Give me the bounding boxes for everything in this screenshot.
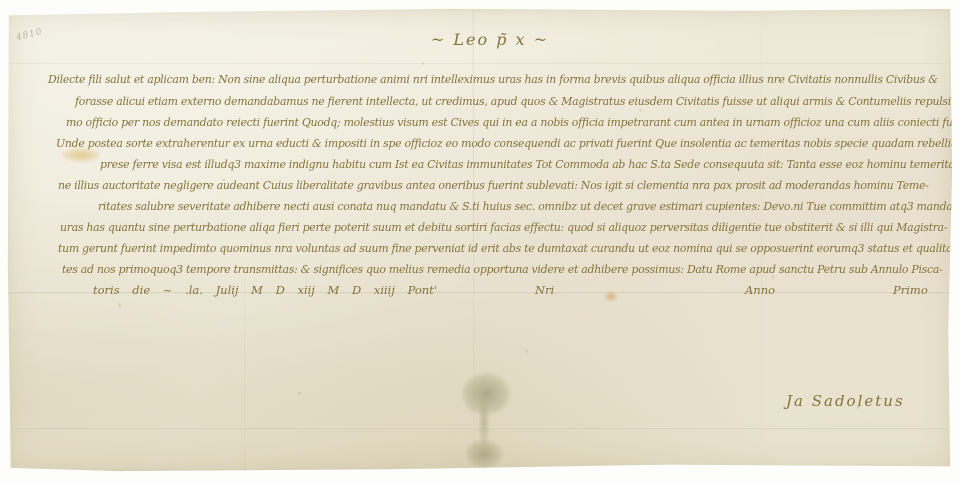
- text-line-7: ritates salubre severitate adhibere nect…: [98, 199, 953, 213]
- pencil-inventory-number: 4810: [15, 27, 44, 43]
- horizontal-fold-crease: [6, 62, 953, 64]
- dateline-row: toris die ~ .la. Julij M D xiij M D xiii…: [6, 283, 953, 301]
- ink-stain: [422, 338, 552, 472]
- text-line-4: Unde postea sorte extraherentur ex urna …: [56, 136, 953, 150]
- text-line-3: mo officio per nos demandato reiecti fue…: [66, 115, 953, 129]
- text-line-5: prese ferre visa est illudq3 maxime indi…: [100, 157, 953, 171]
- document-heading: ~ Leo p̃ x ~: [380, 30, 600, 49]
- yellow-stain: [62, 148, 100, 162]
- manuscript-photo: 4810 ~ Leo p̃ x ~ Dilecte fili salut et …: [0, 0, 960, 483]
- secretary-signature: Ja Sadoletus: [786, 392, 905, 410]
- vertical-fold-crease: [243, 278, 245, 472]
- dateline-primo: Primo: [893, 283, 928, 297]
- text-line-8: uras has quantu sine perturbatione aliqa…: [60, 220, 947, 234]
- dateline-date: toris die ~ .la. Julij M D xiij M D xiii…: [93, 283, 437, 297]
- parchment-sheet: 4810 ~ Leo p̃ x ~ Dilecte fili salut et …: [6, 8, 953, 472]
- dateline-anno: Anno: [745, 283, 775, 297]
- text-line-6: ne illius auctoritate negligere audeant …: [58, 178, 929, 192]
- text-line-9: tum gerunt fuerint impedimto quominus nr…: [58, 241, 953, 255]
- text-line-2: forasse alicui etiam externo demandabamu…: [75, 94, 953, 108]
- dateline-nri: Nri: [535, 283, 554, 297]
- text-line-10: tes ad nos primoquoq3 tempore transmitta…: [62, 262, 942, 276]
- text-line-1: Dilecte fili salut et aplicam ben: Non s…: [48, 72, 938, 86]
